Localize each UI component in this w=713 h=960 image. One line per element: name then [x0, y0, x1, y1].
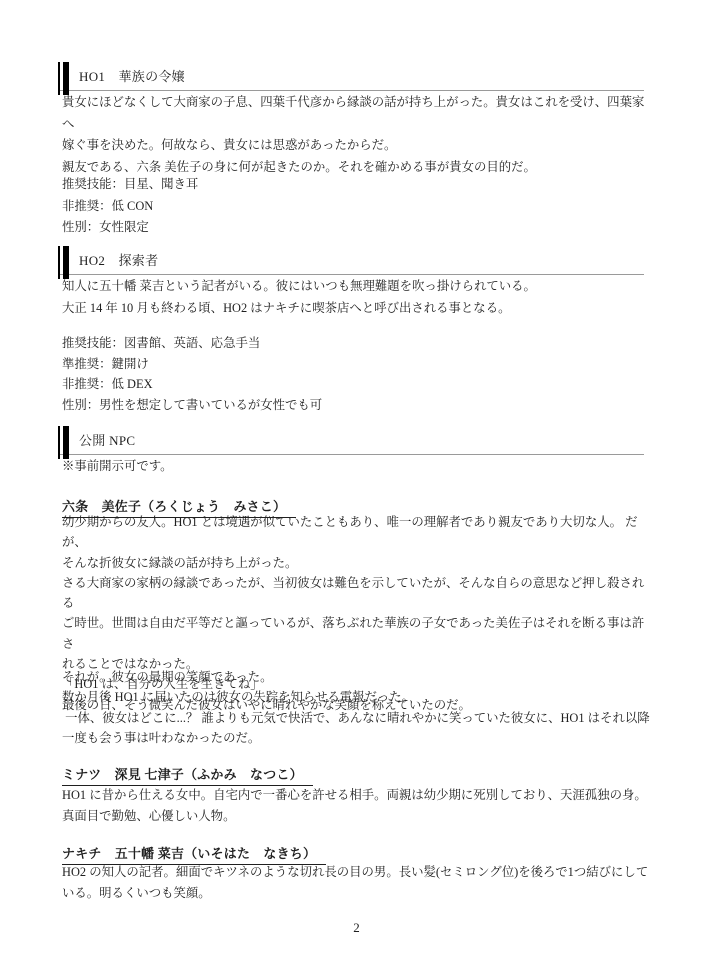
npc-description-misako-continued: それが。彼女の最期の笑顔であった。 数か月後 HO1 に届いたのは彼女の失踪を知…: [62, 667, 654, 748]
section-header-ho2: HO2 探索者: [58, 246, 644, 275]
npc-description-nakichi: HO2 の知人の記者。細面でキツネのような切れ長の目の男。長い髪(セミロング位)…: [62, 862, 654, 903]
section-header-ho1: HO1 華族の令嬢: [58, 62, 644, 91]
ho1-intro-text: 貴女にほどなくして大商家の子息、四葉千代彦から縁談の話が持ち上がった。貴女はこれ…: [62, 92, 654, 178]
header-accent-bar-thick: [63, 62, 69, 95]
scenario-handout-page: HO1 華族の令嬢 貴女にほどなくして大商家の子息、四葉千代彦から縁談の話が持ち…: [0, 0, 713, 960]
header-accent-bar-thick: [63, 246, 69, 279]
ho1-requirements: 推奨技能：目星、聞き耳 非推奨：低 CON 性別：女性限定: [62, 174, 654, 239]
section-title-npc: 公開 NPC: [79, 430, 135, 449]
ho2-intro-text: 知人に五十幡 菜吉という記者がいる。彼にはいつも無理難題を吹っ掛けられている。 …: [62, 276, 654, 319]
section-title-ho2: HO2 探索者: [79, 250, 158, 269]
header-accent-bar-thin: [58, 426, 60, 459]
npc-disclosure-note: ※事前開示可です。: [62, 456, 654, 478]
header-accent-bar-thin: [58, 246, 60, 279]
section-title-ho1: HO1 華族の令嬢: [79, 66, 185, 85]
page-number: 2: [0, 920, 713, 936]
header-accent-bar-thick: [63, 426, 69, 459]
header-accent-bar-thin: [58, 62, 60, 95]
npc-description-natsuko: HO1 に昔から仕える女中。自宅内で一番心を許せる相手。両親は幼少期に死別してお…: [62, 785, 654, 826]
ho2-requirements: 推奨技能：図書館、英語、応急手当 準推奨：鍵開け 非推奨：低 DEX 性別：男性…: [62, 333, 654, 415]
npc-name-natsuko: ミナツ 深見 七津子（ふかみ なつこ）: [62, 764, 313, 786]
section-header-npc: 公開 NPC: [58, 426, 644, 455]
